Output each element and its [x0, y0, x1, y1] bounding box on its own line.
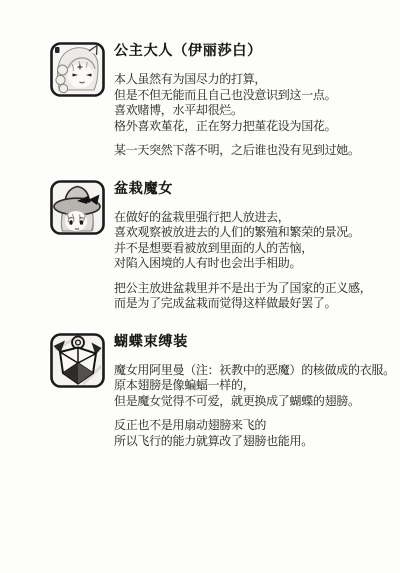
- text-line: 原本翅膀是像蝙蝠一样的，: [114, 378, 394, 394]
- text-line: 但是不但无能而且自己也没意识到这一点。: [114, 88, 394, 104]
- paragraph: 本人虽然有为国尽力的打算， 但是不但无能而且自己也没意识到这一点。 喜欢赌博，水…: [114, 72, 394, 134]
- witch-avatar: [50, 180, 105, 235]
- text-line: 在做好的盆栽里强行把人放进去，: [114, 210, 394, 226]
- witch-avatar-icon: [50, 180, 105, 235]
- text-line: 某一天突然下落不明，之后谁也没有见到过她。: [114, 143, 394, 159]
- text-line: 格外喜欢堇花，正在努力把堇花设为国花。: [114, 119, 394, 135]
- paragraph: 把公主放进盆栽里并不是出于为了国家的正义感， 而是为了完成盆栽而觉得这样做最好罢…: [114, 281, 394, 312]
- butterfly-outfit-avatar-icon: [50, 333, 105, 388]
- text-line: 而是为了完成盆栽而觉得这样做最好罢了。: [114, 296, 394, 312]
- text-line: 喜欢观察被放进去的人们的繁殖和繁荣的景况。: [114, 225, 394, 241]
- paragraph: 在做好的盆栽里强行把人放进去， 喜欢观察被放进去的人们的繁殖和繁荣的景况。 并不…: [114, 210, 394, 272]
- section-bonsai-witch: 盆栽魔女 在做好的盆栽里强行把人放进去， 喜欢观察被放进去的人们的繁殖和繁荣的景…: [50, 180, 394, 312]
- text-line: 反正也不是用扇动翅膀来飞的: [114, 418, 394, 434]
- section-butterfly-outfit: 蝴蝶束缚装 魔女用阿里曼（注：祆教中的恶魔）的核做成的衣服。 原本翅膀是像蝙蝠一…: [50, 333, 394, 450]
- section-content: 盆栽魔女 在做好的盆栽里强行把人放进去， 喜欢观察被放进去的人们的繁殖和繁荣的景…: [114, 180, 394, 312]
- section-content: 蝴蝶束缚装 魔女用阿里曼（注：祆教中的恶魔）的核做成的衣服。 原本翅膀是像蝙蝠一…: [114, 333, 394, 450]
- text-line: 把公主放进盆栽里并不是出于为了国家的正义感，: [114, 281, 394, 297]
- text-line: 对陷入困境的人有时也会出手相助。: [114, 256, 394, 272]
- text-line: 并不是想要看被放到里面的人的苦恼，: [114, 241, 394, 257]
- text-line: 魔女用阿里曼（注：祆教中的恶魔）的核做成的衣服。: [114, 363, 394, 379]
- text-line: 本人虽然有为国尽力的打算，: [114, 72, 394, 88]
- text-line: 所以飞行的能力就算改了翅膀也能用。: [114, 434, 394, 450]
- section-title-princess: 公主大人（伊丽莎白）: [114, 43, 394, 59]
- text-line: 喜欢赌博，水平却很烂。: [114, 103, 394, 119]
- paragraph: 魔女用阿里曼（注：祆教中的恶魔）的核做成的衣服。 原本翅膀是像蝙蝠一样的， 但是…: [114, 363, 394, 410]
- paragraph: 反正也不是用扇动翅膀来飞的 所以飞行的能力就算改了翅膀也能用。: [114, 418, 394, 449]
- butterfly-outfit-avatar: [50, 333, 105, 388]
- section-princess: 公主大人（伊丽莎白） 本人虽然有为国尽力的打算， 但是不但无能而且自己也没意识到…: [50, 42, 394, 159]
- princess-avatar: [50, 42, 105, 97]
- princess-avatar-icon: [50, 42, 105, 97]
- paragraph: 某一天突然下落不明，之后谁也没有见到过她。: [114, 143, 394, 159]
- text-line: 但是魔女觉得不可爱，就更换成了蝴蝶的翅膀。: [114, 394, 394, 410]
- section-title-bonsai-witch: 盆栽魔女: [114, 181, 394, 197]
- section-content: 公主大人（伊丽莎白） 本人虽然有为国尽力的打算， 但是不但无能而且自己也没意识到…: [114, 42, 394, 159]
- document-page: 公主大人（伊丽莎白） 本人虽然有为国尽力的打算， 但是不但无能而且自己也没意识到…: [0, 0, 400, 573]
- section-title-butterfly-outfit: 蝴蝶束缚装: [114, 334, 394, 350]
